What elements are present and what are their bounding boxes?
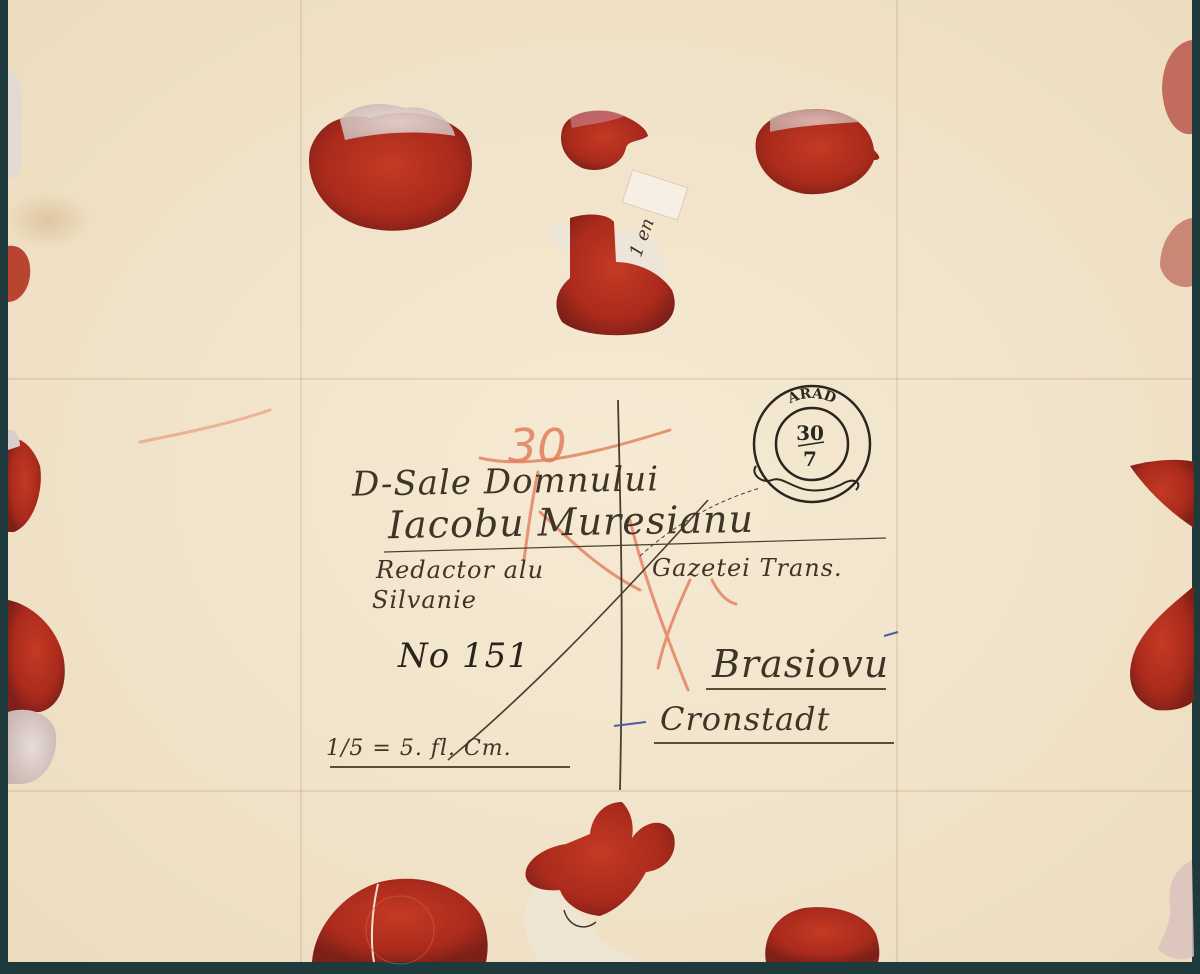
address-number: No 151: [398, 636, 530, 676]
wax-seal-right-top: [1160, 40, 1192, 287]
wax-seal-bottom-right: [765, 907, 879, 962]
blue-pencil-mark: [884, 632, 898, 636]
address-destination: Brasiovu: [712, 642, 889, 686]
wax-seal-left-lower: [8, 600, 65, 784]
wax-seal-top-left: [309, 104, 472, 231]
wax-seal-bottom-center: [525, 802, 675, 962]
wax-seal-center: 1 en: [548, 170, 688, 336]
postmark-day: 30: [796, 421, 824, 445]
wax-seal-left-top: [8, 72, 30, 302]
underline: [330, 766, 570, 768]
blue-pencil-mark: [614, 722, 646, 726]
wax-seal-bottom-left: [312, 879, 488, 964]
postmark-month: 7: [803, 447, 817, 471]
wax-remnant-right-bottom: [1158, 860, 1194, 959]
underline: [706, 688, 886, 690]
wax-seal-top-center: [561, 110, 648, 170]
letter-photo: 1 en: [0, 0, 1200, 974]
address-destination-german: Cronstadt: [660, 700, 830, 738]
underline: [654, 742, 894, 744]
address-line-silvanie: Silvanie: [372, 586, 477, 614]
rate-note: 1/5 = 5. fl. Cm.: [326, 736, 512, 761]
address-line-title: Redactor alu: [376, 556, 544, 584]
address-line-newspaper: Gazetei Trans.: [652, 554, 843, 582]
wax-seal-top-right: [756, 109, 880, 194]
postmark-stamp: ARAD 30 7: [754, 386, 870, 502]
address-line-salutation: D-Sale Domnului: [352, 459, 660, 504]
wax-seal-right-lower: [1130, 586, 1194, 710]
wax-seal-left-upper: [8, 430, 41, 532]
address-line-name: Iacobu Muresianu: [388, 497, 755, 547]
wax-seal-right-middle: [1130, 460, 1194, 528]
